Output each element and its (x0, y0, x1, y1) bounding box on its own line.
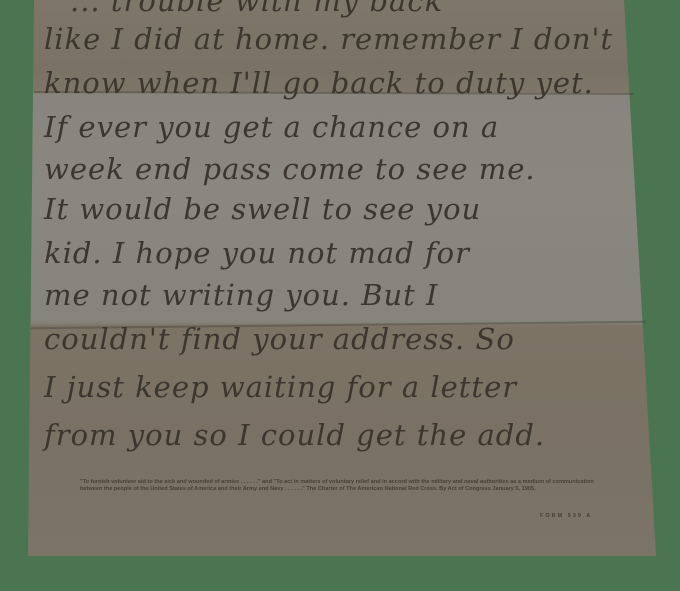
handwriting-line: me not writing you. But I (44, 278, 439, 312)
handwriting-line: ... trouble with my back (70, 0, 443, 18)
handwriting-line: like I did at home. remember I don't (44, 22, 613, 56)
form-number: FORM 539 A (540, 513, 592, 519)
handwriting-line: week end pass come to see me. (44, 152, 536, 186)
handwriting-line: from you so I could get the add. (44, 418, 545, 452)
handwriting-line: If ever you get a chance on a (44, 110, 499, 144)
handwriting-line: couldn't find your address. So (44, 322, 515, 356)
handwriting-line: It would be swell to see you (44, 192, 481, 226)
letter-page: ... trouble with my back like I did at h… (0, 0, 680, 591)
handwriting-line: know when I'll go back to duty yet. (44, 66, 594, 100)
handwriting-line: kid. I hope you not mad for (44, 236, 470, 270)
red-cross-charter-text: "To furnish volunteer aid to the sick an… (80, 479, 610, 493)
handwriting-line: I just keep waiting for a letter (44, 370, 517, 404)
